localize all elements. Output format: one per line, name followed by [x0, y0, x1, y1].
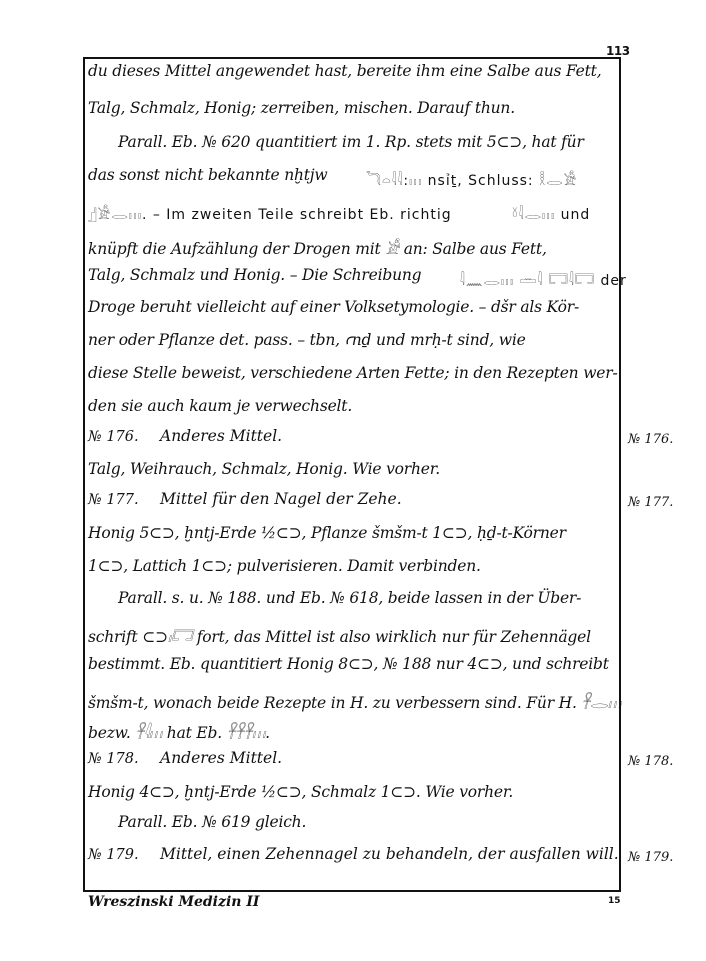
margin-note: № 178. [628, 754, 673, 769]
entry-title: Anderes Mittel. [160, 749, 282, 767]
body-line: bestimmt. Eb. quantitiert Honig 8⊂⊃, № 1… [88, 655, 609, 673]
body-line: knüpft die Aufzählung der Drogen mit 𓀀 a… [88, 234, 547, 260]
entry-title: Anderes Mittel. [160, 427, 282, 445]
hieroglyph-group: 𓊨𓀀𓂋𓏥. – Im zweiten Teile schreibt Eb. ri… [88, 200, 452, 224]
hieroglyph-group: 𓆓𓏏𓇋𓇋:𓏥 nsỉṯ, Schluss: 𓎛𓂋𓀀 [366, 166, 577, 190]
body-line: Honig 4⊂⊃, ḫntj-Erde ½⊂⊃, Schmalz 1⊂⊃. W… [88, 783, 513, 801]
footer-number: 15 [608, 896, 621, 906]
body-line: Talg, Schmalz, Honig; zerreiben, mischen… [88, 99, 515, 117]
body-line: 1⊂⊃, Lattich 1⊂⊃; pulverisieren. Damit v… [88, 557, 481, 575]
body-line: den sie auch kaum je verwechselt. [88, 397, 352, 415]
body-line: das sonst nicht bekannte nḫtjw [88, 166, 327, 184]
hieroglyph-group: 𓇋𓈖𓂋𓏥 𓏛𓇋 𓉐𓇋𓉐 der [460, 266, 627, 290]
hieroglyph-group: 𓍱𓇋𓂋𓏥 und [512, 200, 590, 224]
body-line: bezw. 𓋹𓇋𓏥 hat Eb. 𓋹𓋹𓋹𓏥. [88, 718, 270, 744]
entry-number: № 178. [88, 751, 139, 767]
entry-number: № 179. [88, 847, 139, 863]
body-line: Honig 5⊂⊃, ḫntj-Erde ½⊂⊃, Pflanze šmšm-t… [88, 524, 566, 542]
page-number: 113 [606, 44, 630, 58]
body-line: du dieses Mittel angewendet hast, bereit… [88, 62, 601, 80]
margin-note: № 177. [628, 495, 673, 510]
body-line: Droge beruht vielleicht auf einer Volkse… [88, 298, 579, 316]
entry-title: Mittel für den Nagel der Zehe. [160, 490, 402, 508]
margin-note: № 176. [628, 432, 673, 447]
body-line: Talg, Schmalz und Honig. – Die Schreibun… [88, 266, 421, 284]
body-line: Parall. Eb. № 620 quantitiert im 1. Rp. … [118, 133, 584, 151]
body-line: diese Stelle beweist, verschiedene Arten… [88, 364, 617, 382]
body-line: Parall. s. u. № 188. und Eb. № 618, beid… [118, 589, 581, 607]
body-line: šmšm-t, wonach beide Rezepte in H. zu ve… [88, 688, 621, 714]
entry-number: № 177. [88, 492, 139, 508]
margin-note: № 179. [628, 850, 673, 865]
footer-title: Wreszinski Medizin II [88, 894, 259, 910]
body-line: Parall. Eb. № 619 gleich. [118, 813, 306, 831]
entry-number: № 176. [88, 429, 139, 445]
body-line: Talg, Weihrauch, Schmalz, Honig. Wie vor… [88, 460, 440, 478]
body-line: schrift ⊂⊃𓏤𓉐 fort, das Mittel ist also w… [88, 622, 591, 648]
body-line: ner oder Pflanze det. pass. – tbn, ꜥnḏ u… [88, 331, 526, 349]
entry-title: Mittel, einen Zehennagel zu behandeln, d… [160, 845, 619, 863]
